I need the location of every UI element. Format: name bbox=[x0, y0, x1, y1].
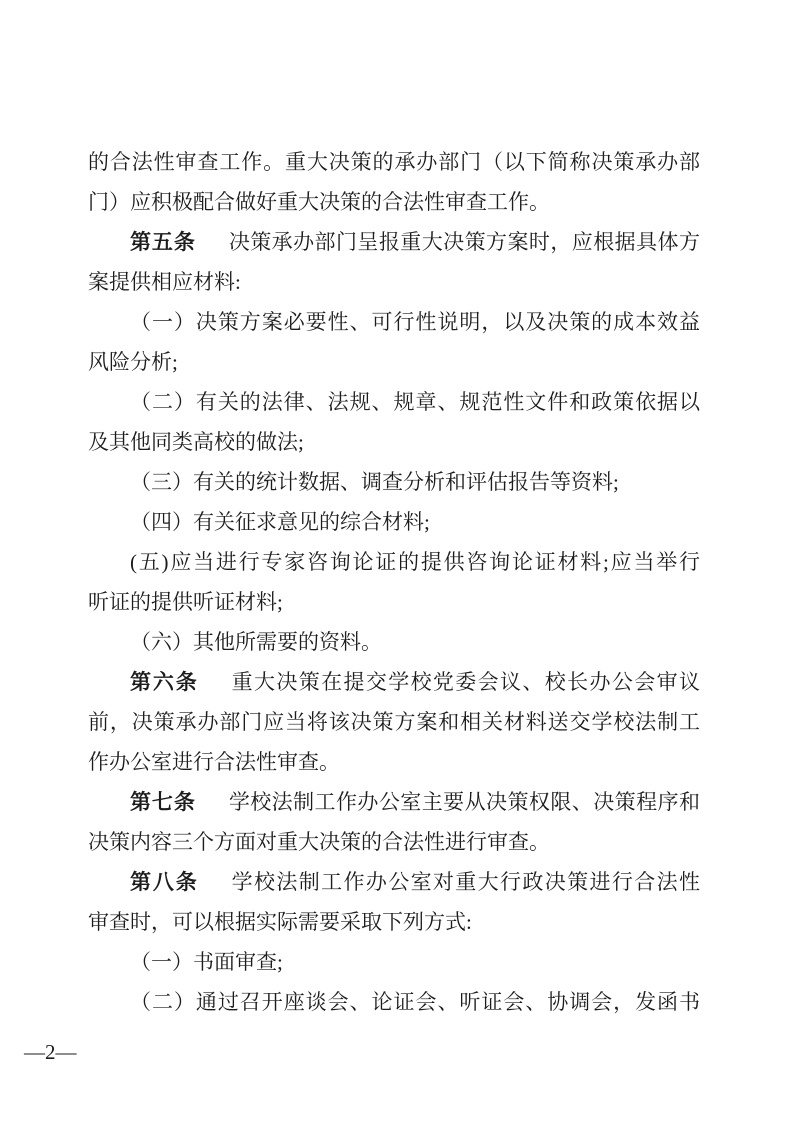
document-page: 的合法性审查工作。重大决策的承办部门（以下简称决策承办部门）应积极配合做好重大决… bbox=[0, 0, 793, 1122]
text-segment: 作办公室进行合法性审查。 bbox=[88, 750, 340, 774]
text-line-9: （三）有关的统计数据、调查分析和评估报告等资料; bbox=[88, 462, 700, 502]
article-heading: 第六条 bbox=[130, 671, 199, 694]
article-heading: 第五条 bbox=[130, 231, 196, 254]
text-line-6: 风险分析; bbox=[88, 342, 700, 382]
text-segment: 学校法制工作办公室主要从决策权限、决策程序和 bbox=[229, 790, 700, 814]
document-body: 的合法性审查工作。重大决策的承办部门（以下简称决策承办部门）应积极配合做好重大决… bbox=[0, 0, 788, 1022]
text-line-10: （四）有关征求意见的综合材料; bbox=[88, 502, 700, 542]
article-heading: 第八条 bbox=[130, 871, 199, 894]
text-segment: 风险分析; bbox=[88, 350, 178, 374]
text-line-11: (五)应当进行专家咨询论证的提供咨询论证材料;应当举行 bbox=[88, 542, 700, 582]
text-segment: （四）有关征求意见的综合材料; bbox=[130, 510, 430, 534]
text-segment: 前，决策承办部门应当将该决策方案和相关材料送交学校法制工 bbox=[88, 710, 700, 734]
text-segment: （一）决策方案必要性、可行性说明，以及决策的成本效益 bbox=[130, 310, 700, 334]
text-line-2: 门）应积极配合做好重大决策的合法性审查工作。 bbox=[88, 182, 700, 222]
text-segment: 学校法制工作办公室对重大行政决策进行合法性 bbox=[232, 870, 700, 894]
text-segment: （二）通过召开座谈会、论证会、听证会、协调会，发函书 bbox=[130, 990, 700, 1014]
text-line-18: 决策内容三个方面对重大决策的合法性进行审查。 bbox=[88, 822, 700, 862]
text-line-15: 前，决策承办部门应当将该决策方案和相关材料送交学校法制工 bbox=[88, 702, 700, 742]
text-line-12: 听证的提供听证材料; bbox=[88, 582, 700, 622]
text-segment: 决策内容三个方面对重大决策的合法性进行审查。 bbox=[88, 830, 550, 854]
text-line-4: 案提供相应材料: bbox=[88, 262, 700, 302]
text-line-16: 作办公室进行合法性审查。 bbox=[88, 742, 700, 782]
text-segment: (五)应当进行专家咨询论证的提供咨询论证材料;应当举行 bbox=[130, 550, 700, 574]
article-heading: 第七条 bbox=[130, 791, 196, 814]
text-line-20: 审查时，可以根据实际需要采取下列方式: bbox=[88, 902, 700, 942]
text-segment: 及其他同类高校的做法; bbox=[88, 430, 304, 454]
text-segment: （三）有关的统计数据、调查分析和评估报告等资料; bbox=[130, 470, 619, 494]
text-segment: （六）其他所需要的资料。 bbox=[130, 630, 382, 654]
page-number: —2— bbox=[24, 1032, 793, 1072]
text-line-3: 第五条决策承办部门呈报重大决策方案时，应根据具体方 bbox=[88, 222, 700, 262]
text-segment: （二）有关的法律、法规、规章、规范性文件和政策依据以 bbox=[130, 390, 700, 414]
text-segment: 案提供相应材料: bbox=[88, 270, 241, 294]
text-line-1: 的合法性审查工作。重大决策的承办部门（以下简称决策承办部 bbox=[88, 142, 700, 182]
text-line-14: 第六条重大决策在提交学校党委会议、校长办公会审议 bbox=[88, 662, 700, 702]
text-line-22: （二）通过召开座谈会、论证会、听证会、协调会，发函书 bbox=[88, 982, 700, 1022]
text-line-5: （一）决策方案必要性、可行性说明，以及决策的成本效益 bbox=[88, 302, 700, 342]
text-line-21: （一）书面审查; bbox=[88, 942, 700, 982]
text-segment: 重大决策在提交学校党委会议、校长办公会审议 bbox=[232, 670, 700, 694]
text-segment: 决策承办部门呈报重大决策方案时，应根据具体方 bbox=[229, 230, 700, 254]
text-line-7: （二）有关的法律、法规、规章、规范性文件和政策依据以 bbox=[88, 382, 700, 422]
text-line-17: 第七条学校法制工作办公室主要从决策权限、决策程序和 bbox=[88, 782, 700, 822]
text-segment: 听证的提供听证材料; bbox=[88, 590, 283, 614]
text-segment: 门）应积极配合做好重大决策的合法性审查工作。 bbox=[88, 190, 550, 214]
text-line-8: 及其他同类高校的做法; bbox=[88, 422, 700, 462]
text-segment: （一）书面审查; bbox=[130, 950, 283, 974]
text-segment: 的合法性审查工作。重大决策的承办部门（以下简称决策承办部 bbox=[88, 150, 700, 174]
text-segment: 审查时，可以根据实际需要采取下列方式: bbox=[88, 910, 472, 934]
text-line-13: （六）其他所需要的资料。 bbox=[88, 622, 700, 662]
text-line-19: 第八条学校法制工作办公室对重大行政决策进行合法性 bbox=[88, 862, 700, 902]
